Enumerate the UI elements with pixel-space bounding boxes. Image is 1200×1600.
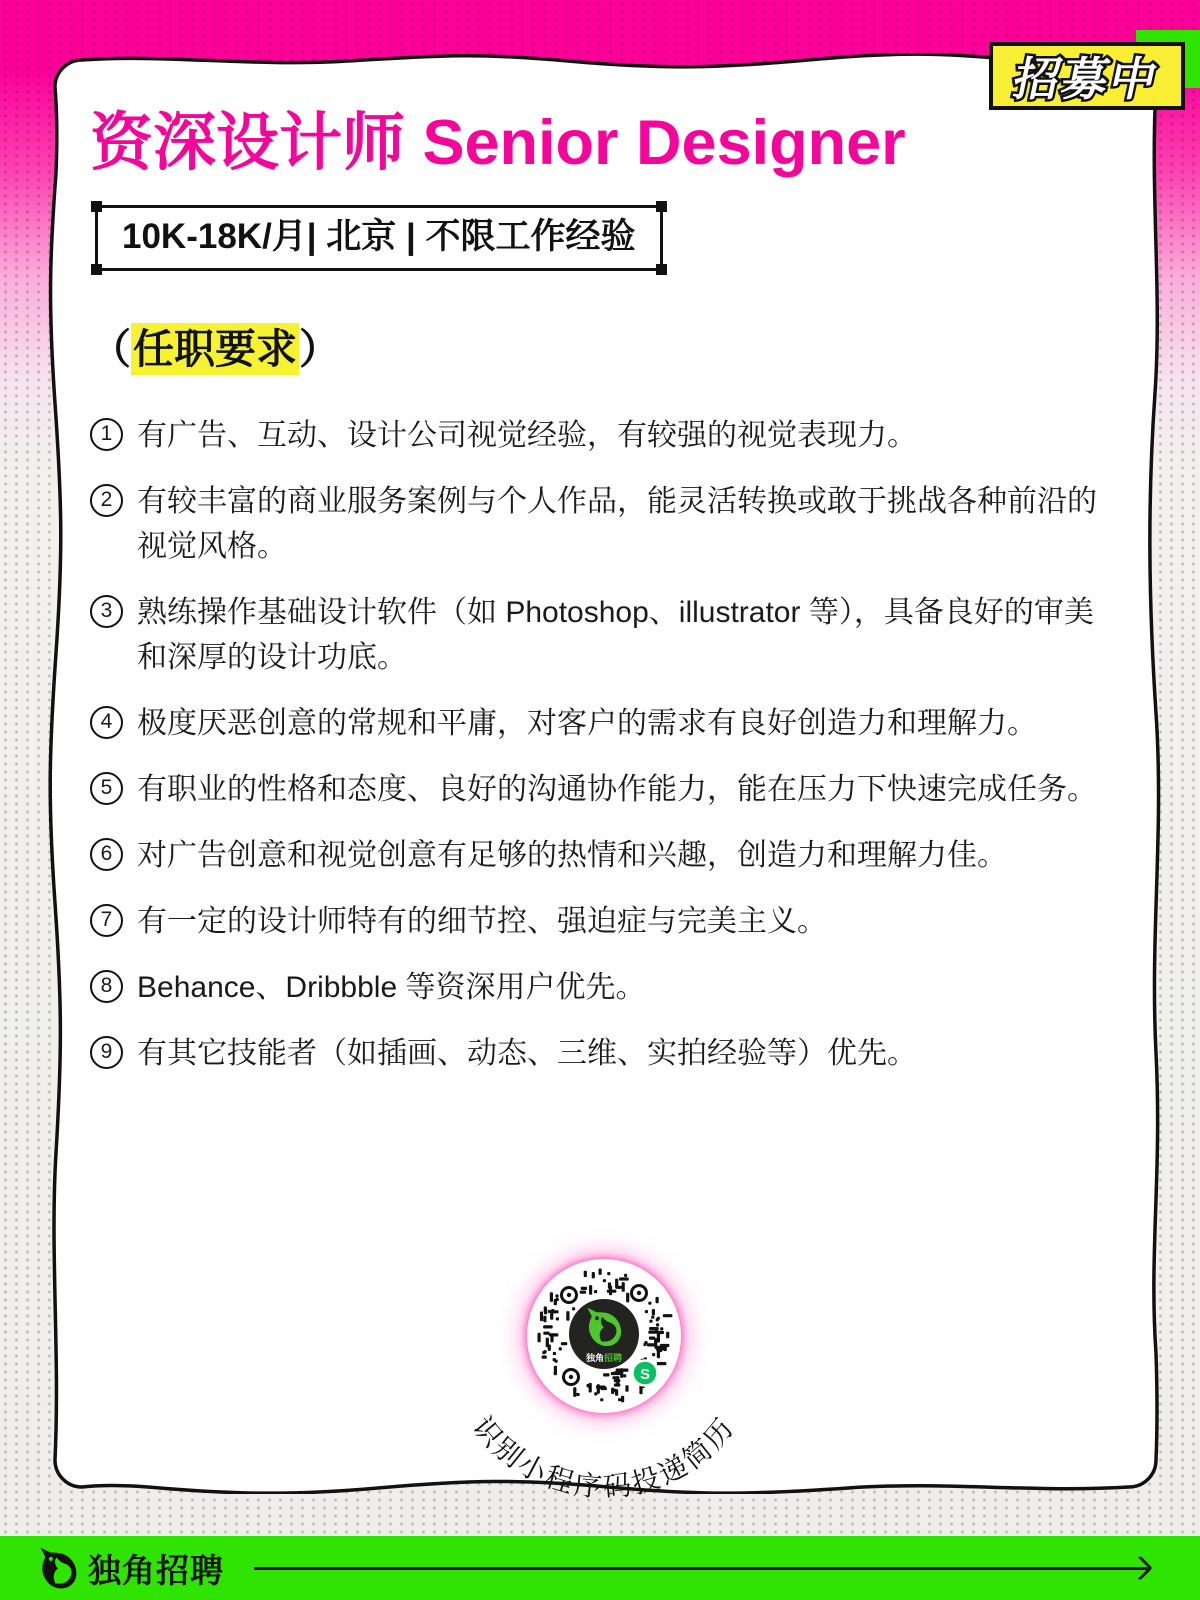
item-text: Behance、Dribbble 等资深用户优先。 [137,965,1118,1010]
section-heading: （任职要求） [90,325,1118,374]
item-number-badge: 5 [90,772,123,805]
list-item: 8Behance、Dribbble 等资深用户优先。 [90,965,1118,1010]
svg-text:识别小程序码投递简历: 识别小程序码投递简历 [467,1411,741,1503]
requirements-list: 1有广告、互动、设计公司视觉经验，有较强的视觉表现力。2有较丰富的商业服务案例与… [90,413,1118,1076]
job-meta-text: 10K-18K/月| 北京 | 不限工作经验 [122,217,636,256]
list-item: 9有其它技能者（如插画、动态、三维、实拍经验等）优先。 [90,1031,1118,1076]
section-paren-close: ） [299,326,340,372]
list-item: 4极度厌恶创意的常规和平庸，对客户的需求有良好创造力和理解力。 [90,701,1118,746]
item-number-badge: 4 [90,706,123,739]
item-number-badge: 8 [90,970,123,1003]
list-item: 7有一定的设计师特有的细节控、强迫症与完美主义。 [90,899,1118,944]
item-text: 极度厌恶创意的常规和平庸，对客户的需求有良好创造力和理解力。 [137,701,1118,746]
list-item: 2有较丰富的商业服务案例与个人作品，能灵活转换或敢于挑战各种前沿的视觉风格。 [90,479,1118,569]
list-item: 1有广告、互动、设计公司视觉经验，有较强的视觉表现力。 [90,413,1118,458]
section-paren-open: （ [90,326,131,372]
item-number-badge: 2 [90,484,123,517]
qr-caption-text: 识别小程序码投递简历 [467,1411,741,1503]
job-card: 资深设计师 Senior Designer 10K-18K/月| 北京 | 不限… [48,53,1163,1494]
recruiting-badge: 招募中 [989,42,1185,110]
recruiting-badge-label: 招募中 [1008,43,1166,109]
recruitment-poster: 招募中 资深设计师 Senior Designer 10K-18K/月| 北京 … [0,0,1200,1600]
corner-handle-icon [656,264,667,275]
item-number-badge: 1 [90,418,123,451]
long-right-arrow [254,1567,1148,1570]
unicorn-logo-icon [38,1547,78,1590]
section-heading-highlight: 任职要求 [131,323,299,375]
list-item: 6对广告创意和视觉创意有足够的热情和兴趣，创造力和理解力佳。 [90,833,1118,878]
item-number-badge: 6 [90,838,123,871]
item-text: 对广告创意和视觉创意有足够的热情和兴趣，创造力和理解力佳。 [137,833,1118,878]
corner-handle-icon [91,201,102,212]
list-item: 5有职业的性格和态度、良好的沟通协作能力，能在压力下快速完成任务。 [90,767,1118,812]
item-text: 有职业的性格和态度、良好的沟通协作能力，能在压力下快速完成任务。 [137,767,1118,812]
corner-handle-icon [91,264,102,275]
job-title: 资深设计师 Senior Designer [90,107,1118,179]
card-content: 资深设计师 Senior Designer 10K-18K/月| 北京 | 不限… [48,53,1163,1494]
footer-bar: 独角招聘 [0,1536,1200,1600]
item-text: 熟练操作基础设计软件（如 Photoshop、illustrator 等），具备… [137,590,1118,680]
recruiting-badge-group: 招募中 [970,0,1200,140]
qr-block: 独角招聘 S 识别小程序码投递简历 [374,1261,834,1561]
item-text: 有其它技能者（如插画、动态、三维、实拍经验等）优先。 [137,1031,1118,1076]
arrow-head-icon [1127,1555,1152,1580]
item-text: 有较丰富的商业服务案例与个人作品，能灵活转换或敢于挑战各种前沿的视觉风格。 [137,479,1118,569]
list-item: 3熟练操作基础设计软件（如 Photoshop、illustrator 等），具… [90,590,1118,680]
item-text: 有一定的设计师特有的细节控、强迫症与完美主义。 [137,899,1118,944]
job-meta-box: 10K-18K/月| 北京 | 不限工作经验 [95,205,663,271]
footer-brand: 独角招聘 [88,1545,224,1592]
qr-caption-arc: 识别小程序码投递简历 [374,1261,834,1561]
item-text: 有广告、互动、设计公司视觉经验，有较强的视觉表现力。 [137,413,1118,458]
item-number-badge: 3 [90,595,123,628]
item-number-badge: 7 [90,904,123,937]
corner-handle-icon [656,201,667,212]
item-number-badge: 9 [90,1036,123,1069]
